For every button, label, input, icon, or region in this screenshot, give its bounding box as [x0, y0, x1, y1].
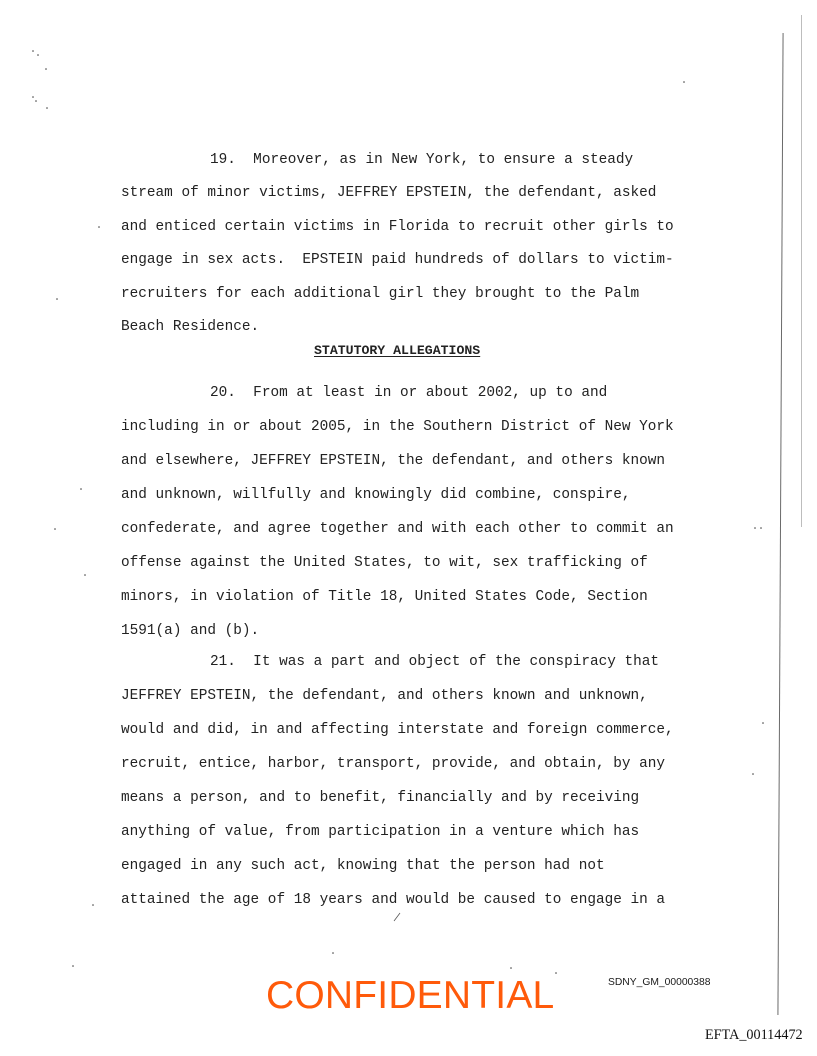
scan-speck — [510, 967, 512, 969]
paragraph-line: 19. Moreover, as in New York, to ensure … — [210, 151, 633, 169]
scan-speck — [683, 81, 685, 83]
bates-number-efta: EFTA_00114472 — [705, 1026, 803, 1044]
scan-speck — [760, 527, 762, 529]
paragraph-line: attained the age of 18 years and would b… — [121, 891, 665, 909]
paragraph-line: anything of value, from participation in… — [121, 823, 639, 841]
scan-speck — [80, 488, 82, 490]
paragraph-line: 21. It was a part and object of the cons… — [210, 653, 659, 671]
paragraph-line: recruiters for each additional girl they… — [121, 285, 639, 303]
scan-speck — [37, 54, 39, 56]
scan-speck — [754, 527, 756, 529]
scan-speck — [92, 904, 94, 906]
paragraph-line: 1591(a) and (b). — [121, 622, 259, 640]
paragraph-line: engaged in any such act, knowing that th… — [121, 857, 605, 875]
pen-mark-icon — [393, 912, 401, 922]
scan-edge-line-light — [801, 15, 802, 527]
paragraph-line: JEFFREY EPSTEIN, the defendant, and othe… — [121, 687, 648, 705]
paragraph-line: 20. From at least in or about 2002, up t… — [210, 384, 607, 402]
paragraph-line: stream of minor victims, JEFFREY EPSTEIN… — [121, 184, 656, 202]
paragraph-line: engage in sex acts. EPSTEIN paid hundred… — [121, 251, 674, 269]
scan-speck — [72, 965, 74, 967]
scan-speck — [35, 100, 37, 102]
scan-speck — [84, 574, 86, 576]
scan-speck — [98, 226, 100, 228]
section-heading: STATUTORY ALLEGATIONS — [314, 343, 480, 359]
paragraph-line: offense against the United States, to wi… — [121, 554, 648, 572]
scan-speck — [54, 528, 56, 530]
scan-speck — [32, 96, 34, 98]
paragraph-line: recruit, entice, harbor, transport, prov… — [121, 755, 665, 773]
paragraph-line: Beach Residence. — [121, 318, 259, 336]
paragraph-line: means a person, and to benefit, financia… — [121, 789, 639, 807]
paragraph-line: would and did, in and affecting intersta… — [121, 721, 674, 739]
paragraph-line: and enticed certain victims in Florida t… — [121, 218, 674, 236]
paragraph-line: and elsewhere, JEFFREY EPSTEIN, the defe… — [121, 452, 665, 470]
paragraph-line: including in or about 2005, in the South… — [121, 418, 674, 436]
scan-edge-line-dark — [777, 33, 783, 1015]
scan-speck — [752, 773, 754, 775]
scan-speck — [762, 722, 764, 724]
scan-speck — [56, 298, 58, 300]
scan-speck — [46, 107, 48, 109]
scan-speck — [555, 972, 557, 974]
paragraph-line: confederate, and agree together and with… — [121, 520, 674, 538]
document-page: 19. Moreover, as in New York, to ensure … — [0, 0, 817, 1056]
bates-number-sdny: SDNY_GM_00000388 — [608, 976, 710, 990]
paragraph-line: minors, in violation of Title 18, United… — [121, 588, 648, 606]
confidential-stamp: CONFIDENTIAL — [266, 973, 554, 1019]
scan-speck — [332, 952, 334, 954]
scan-speck — [32, 50, 34, 52]
scan-speck — [45, 68, 47, 70]
paragraph-line: and unknown, willfully and knowingly did… — [121, 486, 631, 504]
